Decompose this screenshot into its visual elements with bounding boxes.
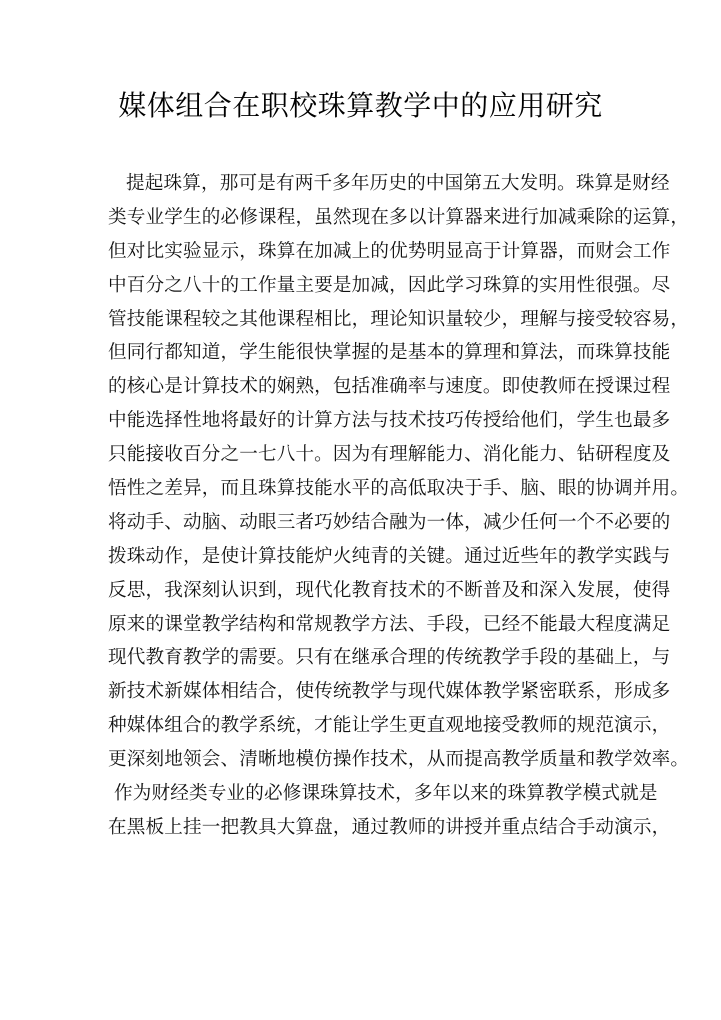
- paragraph-1-line-2: 类专业学生的必修课程，虽然现在多以计算器来进行加减乘除的运算，: [108, 201, 638, 235]
- paragraph-1-line-8: 中能选择性地将最好的计算方法与技术技巧传授给他们，学生也最多: [108, 404, 638, 438]
- paragraph-1-line-12: 拨珠动作，是使计算技能炉火纯青的关键。通过近些年的教学实践与: [108, 540, 638, 574]
- paragraph-1-line-5: 管技能课程较之其他课程相比，理论知识量较少，理解与接受较容易，: [108, 303, 638, 337]
- paragraph-1-line-11: 将动手、动脑、动眼三者巧妙结合融为一体，减少任何一个不必要的: [108, 506, 638, 540]
- document-page: 媒体组合在职校珠算教学中的应用研究 提起珠算，那可是有两千多年历史的中国第五大发…: [0, 0, 721, 1020]
- document-title: 媒体组合在职校珠算教学中的应用研究: [0, 86, 721, 126]
- paragraph-1-line-15: 现代教育教学的需要。只有在继承合理的传统教学手段的基础上，与: [108, 641, 638, 675]
- paragraph-1-line-7: 的核心是计算技术的娴熟，包括准确率与速度。即使教师在授课过程: [108, 370, 638, 404]
- paragraph-1-line-6: 但同行都知道，学生能很快掌握的是基本的算理和算法，而珠算技能: [108, 336, 638, 370]
- paragraph-1-line-1: 提起珠算，那可是有两千多年历史的中国第五大发明。珠算是财经: [108, 167, 638, 201]
- paragraph-1-line-13: 反思，我深刻认识到，现代化教育技术的不断普及和深入发展，使得: [108, 574, 638, 608]
- paragraph-1-line-9: 只能接收百分之一七八十。因为有理解能力、消化能力、钻研程度及: [108, 438, 638, 472]
- document-body: 提起珠算，那可是有两千多年历史的中国第五大发明。珠算是财经 类专业学生的必修课程…: [108, 167, 638, 845]
- paragraph-2-line-2: 在黑板上挂一把教具大算盘，通过教师的讲授并重点结合手动演示，: [108, 811, 638, 845]
- paragraph-1-line-17: 种媒体组合的教学系统，才能让学生更直观地接受教师的规范演示，: [108, 709, 638, 743]
- paragraph-1-line-18: 更深刻地领会、清晰地模仿操作技术，从而提高教学质量和教学效率。: [108, 743, 638, 777]
- paragraph-1-line-4: 中百分之八十的工作量主要是加减，因此学习珠算的实用性很强。尽: [108, 269, 638, 303]
- paragraph-1-line-3: 但对比实验显示，珠算在加减上的优势明显高于计算器，而财会工作: [108, 235, 638, 269]
- paragraph-1-line-16: 新技术新媒体相结合，使传统教学与现代媒体教学紧密联系，形成多: [108, 675, 638, 709]
- paragraph-2-line-1: 作为财经类专业的必修课珠算技术，多年以来的珠算教学模式就是: [108, 777, 638, 811]
- paragraph-1-line-14: 原来的课堂教学结构和常规教学方法、手段，已经不能最大程度满足: [108, 608, 638, 642]
- paragraph-1-line-10: 悟性之差异，而且珠算技能水平的高低取决于手、脑、眼的协调并用。: [108, 472, 638, 506]
